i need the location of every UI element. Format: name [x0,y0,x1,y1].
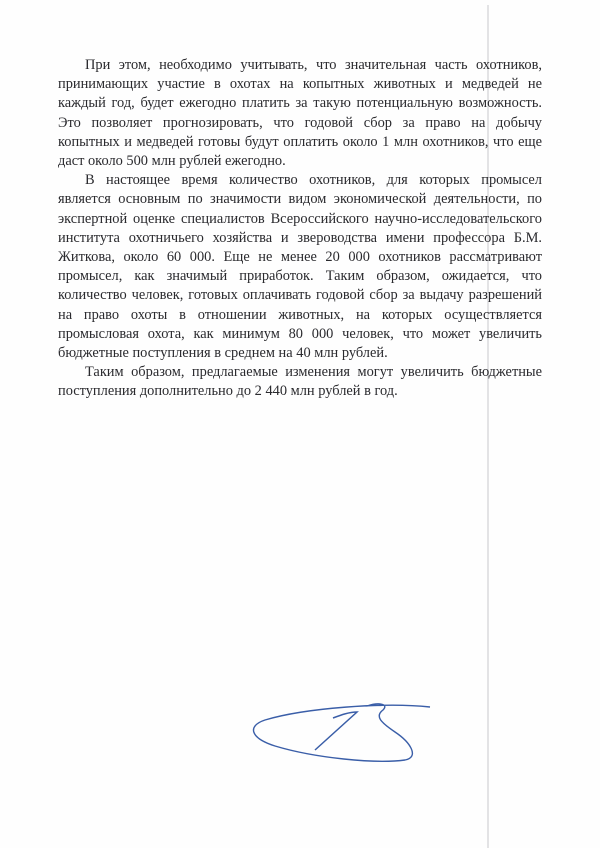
signature-icon [245,680,435,770]
document-page: При этом, необходимо учитывать, что знач… [0,0,600,848]
paragraph-3: Таким образом, предлагаемые изменения мо… [58,363,542,401]
paragraph-1: При этом, необходимо учитывать, что знач… [58,56,542,171]
document-body: При этом, необходимо учитывать, что знач… [58,56,542,402]
paragraph-2: В настоящее время количество охотников, … [58,171,542,363]
